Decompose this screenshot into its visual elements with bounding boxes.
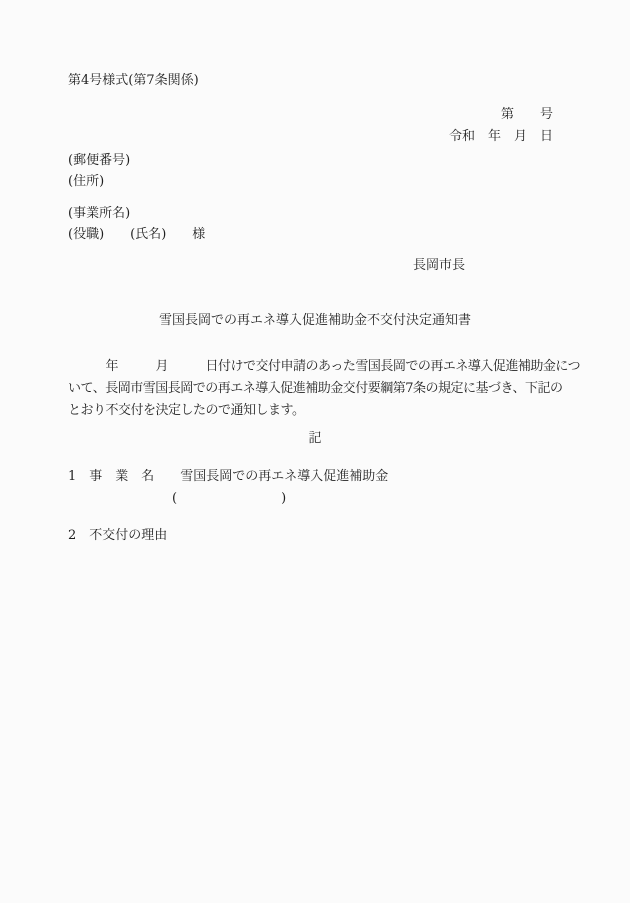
item-1-project-name-line: 1 事 業 名 雪国長岡での再エネ導入促進補助金	[68, 469, 562, 485]
document-page: 第4号様式(第7条関係) 第 号 令和 年 月 日 (郵便番号) (住所) (事…	[0, 0, 630, 903]
item-1-parentheses-line: ( )	[68, 491, 562, 507]
body-paragraph-line-2: いて、長岡市雪国長岡での再エネ導入促進補助金交付要綱第7条の規定に基づき、下記の	[68, 381, 562, 397]
recipient-role-and-name: (役職) (氏名) 様	[68, 227, 562, 243]
form-number-label: 第4号様式(第7条関係)	[68, 73, 562, 89]
document-title: 雪国長岡での再エネ導入促進補助金不交付決定通知書	[68, 313, 562, 329]
date-line: 令和 年 月 日	[449, 129, 553, 145]
recipient-business-name: (事業所名)	[68, 206, 562, 222]
item-2-reason-line: 2 不交付の理由	[68, 528, 562, 544]
record-marker: 記	[68, 431, 562, 447]
sender-name: 長岡市長	[413, 258, 465, 274]
recipient-postal-code: (郵便番号)	[68, 153, 562, 169]
body-paragraph-line-3: とおり不交付を決定したので通知します。	[68, 403, 562, 419]
body-paragraph-line-1: 年 月 日付けで交付申請のあった雪国長岡での再エネ導入促進補助金につ	[68, 359, 562, 375]
recipient-address: (住所)	[68, 174, 562, 190]
document-number-line: 第 号	[501, 107, 553, 123]
